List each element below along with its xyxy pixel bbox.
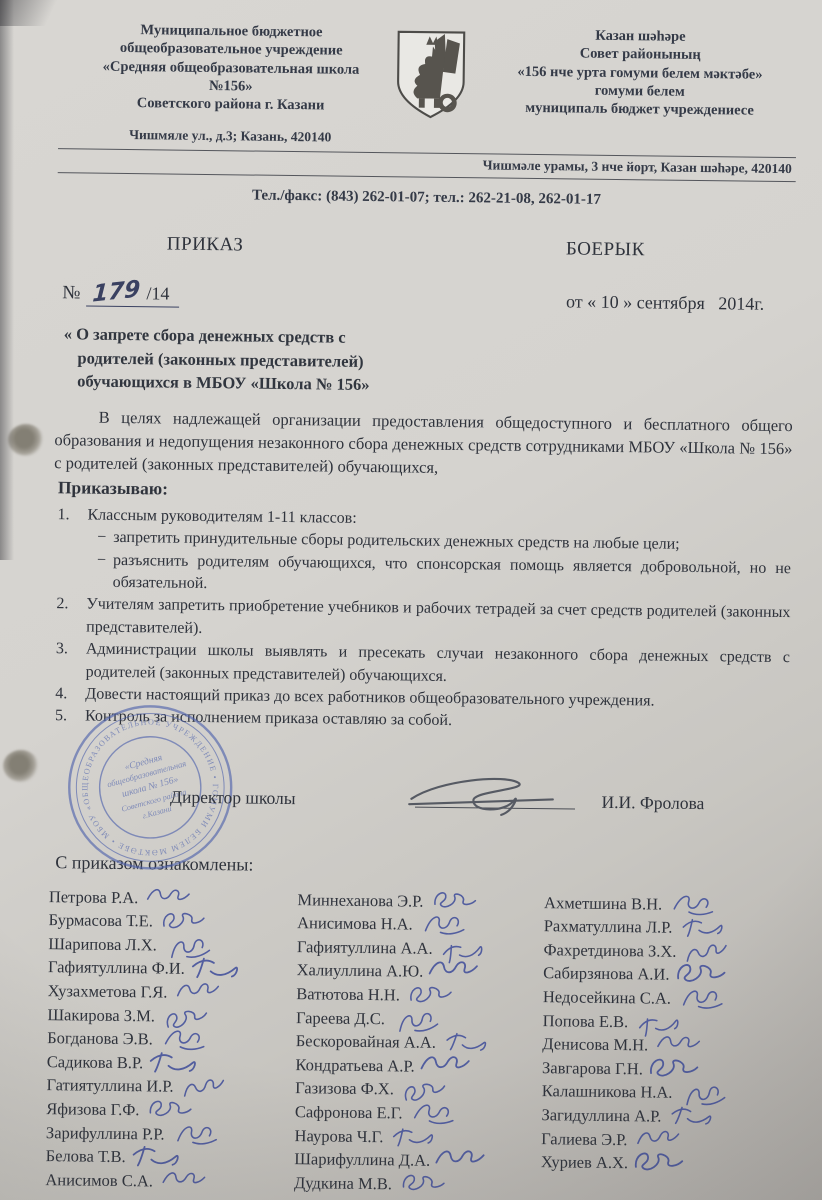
signer-row: Садикова В.Р. (47, 1050, 292, 1077)
signature-scribble (642, 1053, 706, 1086)
signature-scribble (171, 981, 225, 1006)
signer-name: Халиуллина А.Ю. (297, 960, 424, 982)
signer-name: Анисимова Н.А. (297, 913, 413, 934)
signer-name: Наурова Ч.Г. (294, 1126, 383, 1147)
signer-name: Сафронова Е.Г. (295, 1102, 403, 1123)
signer-name: Хуриев А.Х. (541, 1152, 628, 1173)
order-number: №179/14 (62, 279, 180, 308)
signer-name: Недосейкина С.А. (543, 987, 671, 1009)
signer-row: Фахретдинова З.Х. (543, 938, 786, 965)
signer-row: Завгарова Г.Н. (542, 1056, 785, 1083)
signer-row: Зарифуллина Р.Р. (46, 1121, 291, 1148)
signer-name: Яфизова Г.Ф. (46, 1099, 139, 1120)
signer-name: Фахретдинова З.Х. (543, 940, 676, 962)
zilant-dragon-icon (388, 26, 473, 127)
signers-column-3: Ахметшина В.Н. Рахматуллина Л.Р. Фахретд… (540, 891, 786, 1200)
signers-column-1: Петрова Р.А. Бурмасова Т.Е. Шарипова Л.Х… (45, 885, 293, 1195)
signer-row: Шарифуллина Д.А. (294, 1147, 539, 1174)
scanned-order-document: Муниципальное бюджетное общеобразователь… (0, 0, 822, 1200)
signer-row: Калашникова Н.А. (542, 1080, 785, 1107)
order-subject: « О запрете сбора денежных средств с род… (63, 323, 794, 402)
signers-column-2: Миннеханова Э.Р. Анисимова Н.А. Гафиятул… (294, 888, 542, 1198)
signer-row: Анисимова Н.А. (297, 912, 542, 939)
signer-row: Гареева Д.С. (296, 1006, 541, 1033)
signer-name: Дудкина М.В. (294, 1173, 392, 1194)
director-signature-zone: ОБЩЕОБРАЗОВАТЕЛЬНОЕ УЧРЕЖДЕНИЕ • ГОМУМИ … (50, 772, 789, 827)
director-signature-scribble (407, 770, 558, 820)
signature-scribble (404, 983, 458, 1008)
signer-name: Галиева Э.Р. (541, 1129, 628, 1150)
number-sign: № (62, 283, 80, 304)
signer-name: Газизова Ф.Х. (295, 1078, 394, 1099)
signature-scribble (665, 889, 721, 919)
signer-row: Сабирзянова А.И. (543, 962, 786, 989)
dragon-leg (434, 99, 440, 108)
letterhead: Муниципальное бюджетное общеобразователь… (58, 20, 797, 151)
letterhead-russian-block: Муниципальное бюджетное общеобразователь… (82, 20, 380, 146)
org-line: «156 нче урта гомуми белем мәктәбе» (483, 62, 797, 84)
org-address-russian: Чишмяле ул., д.3; Казань, 420140 (82, 126, 378, 147)
signer-row: Гафиятуллина А.А. (297, 935, 542, 962)
signer-name: Шарифуллина Д.А. (294, 1149, 430, 1171)
phone-fax-line: Тел./факс: (843) 262-01-07; тел.: 262-21… (57, 185, 795, 211)
signer-row: Петрова Р.А. (49, 885, 294, 912)
director-name: И.И. Фролова (601, 792, 704, 814)
signer-name: Миннеханова Э.Р. (297, 890, 423, 912)
signer-name: Загидуллина А.Р. (541, 1105, 661, 1126)
order-item-text: Администрации школы выявлять и пресекать… (86, 641, 790, 685)
signer-name: Садикова В.Р. (47, 1052, 144, 1073)
signer-row: Шарипова Л.Х. (48, 932, 293, 959)
number-and-date-row: №179/14 от « 10 » сентября 2014г. (62, 279, 764, 316)
director-signature-line (415, 776, 575, 809)
signer-name: Попова Е.В. (543, 1011, 629, 1032)
order-item-text: Классным руководителям 1-11 классов: (87, 506, 356, 526)
signer-row: Халиуллина А.Ю. (296, 959, 541, 986)
signer-name: Шакирова З.М. (47, 1005, 155, 1026)
order-titles: ПРИКАЗ БОЕРЫК (167, 234, 645, 262)
signer-name: Завгарова Г.Н. (542, 1058, 643, 1079)
signer-name: Ахметшина В.Н. (544, 893, 662, 914)
signer-row: Гатиятуллина И.Р. (46, 1074, 291, 1101)
order-item: Классным руководителям 1-11 классов: зап… (79, 504, 792, 602)
signature-scribble (417, 913, 471, 938)
signature-scribble (627, 1147, 691, 1180)
signer-row: Сафронова Е.Г. (295, 1100, 540, 1127)
signer-name: Кондратьева А.Р. (295, 1055, 414, 1076)
signer-name: Сабирзянова А.И. (543, 963, 670, 985)
order-number-suffix: /14 (146, 284, 169, 304)
signer-name: Шарипова Л.Х. (48, 934, 157, 955)
org-line: «Средняя общеобразовательная школа №156» (83, 57, 379, 97)
signer-row: Недосейкина С.А. (543, 985, 786, 1012)
signer-row: Дудкина М.В. (294, 1171, 539, 1198)
signer-name: Ватютова Н.Н. (296, 984, 400, 1005)
signer-row: Хузахметова Г.Я. (48, 979, 293, 1006)
signer-row: Загидуллина А.Р. (541, 1103, 784, 1130)
signature-scribble (142, 1047, 206, 1080)
signature-scribble (675, 987, 729, 1012)
signer-name: Гафиятуллина А.А. (297, 937, 433, 959)
signature-scribble (168, 1122, 222, 1147)
order-date: от « 10 » сентября 2014г. (566, 292, 764, 315)
signer-name: Хузахметова Г.Я. (48, 981, 168, 1002)
signers-columns: Петрова Р.А. Бурмасова Т.Е. Шарипова Л.Х… (45, 885, 787, 1200)
signature-scribble (429, 1145, 493, 1178)
signer-row: Ахметшина В.Н. (544, 891, 787, 918)
signer-row: Миннеханова Э.Р. (297, 888, 542, 915)
signer-name: Анисимов С.А. (45, 1170, 153, 1191)
dragon-leg (419, 98, 425, 107)
photo-edge-shadow (0, 0, 14, 560)
signer-row: Бурмасова Т.Е. (48, 908, 293, 935)
signature-scribble (157, 910, 211, 935)
signer-row: Анисимов С.А. (45, 1168, 290, 1195)
signature-scribble (395, 1169, 451, 1199)
signer-row: Рахматуллина Л.Р. (544, 915, 787, 942)
signer-row: Наурова Ч.Г. (294, 1124, 539, 1151)
director-row: Директор школы И.И. Фролова (170, 773, 788, 815)
signer-row: Кондратьева А.Р. (295, 1053, 540, 1080)
signer-row: Хуриев А.Х. (541, 1150, 784, 1177)
handwritten-order-number: 179 (92, 276, 141, 308)
signature-scribble (156, 1166, 212, 1196)
order-preamble: В целях надлежащей организации предостав… (54, 405, 793, 484)
signer-name: Калашникова Н.А. (542, 1081, 673, 1103)
signer-name: Богданова Э.В. (47, 1028, 153, 1049)
order-item-text: Учителям запретить приобретение учебнико… (86, 596, 790, 637)
org-line: Советского района г. Казани (82, 94, 378, 116)
paper-sheet: Муниципальное бюджетное общеобразователь… (0, 0, 822, 1200)
kazan-coat-of-arms-emblem (386, 26, 475, 132)
signature-scribble (676, 916, 730, 941)
org-line: муниципаль бюджет учреждениесе (482, 98, 796, 120)
signature-scribble (141, 883, 197, 913)
order-subitems: запретить принудительные сборы родительс… (87, 527, 792, 603)
signer-name: Гареева Д.С. (296, 1008, 385, 1029)
signer-row: Яфизова Г.Ф. (46, 1097, 291, 1124)
letterhead-tatar-block: Казан шәһәре Совет районының «156 нче ур… (482, 25, 797, 120)
signer-name: Зарифуллина Р.Р. (46, 1123, 165, 1144)
signer-name: Гатиятуллина И.Р. (46, 1075, 173, 1097)
director-label: Директор школы (170, 786, 296, 809)
hole-punch-mark (3, 750, 39, 782)
signer-name: Денисова М.Н. (542, 1034, 648, 1055)
order-title-tatar: БОЕРЫК (566, 239, 645, 262)
signature-scribble (142, 1095, 198, 1125)
order-title-russian: ПРИКАЗ (167, 234, 244, 257)
signer-row: Ватютова Н.Н. (296, 982, 541, 1009)
signer-name: Белова Т.В. (46, 1146, 126, 1167)
photo-corner-shadow (0, 0, 70, 26)
signer-name: Бурмасова Т.Е. (48, 910, 153, 931)
signer-name: Рахматуллина Л.Р. (544, 916, 673, 938)
